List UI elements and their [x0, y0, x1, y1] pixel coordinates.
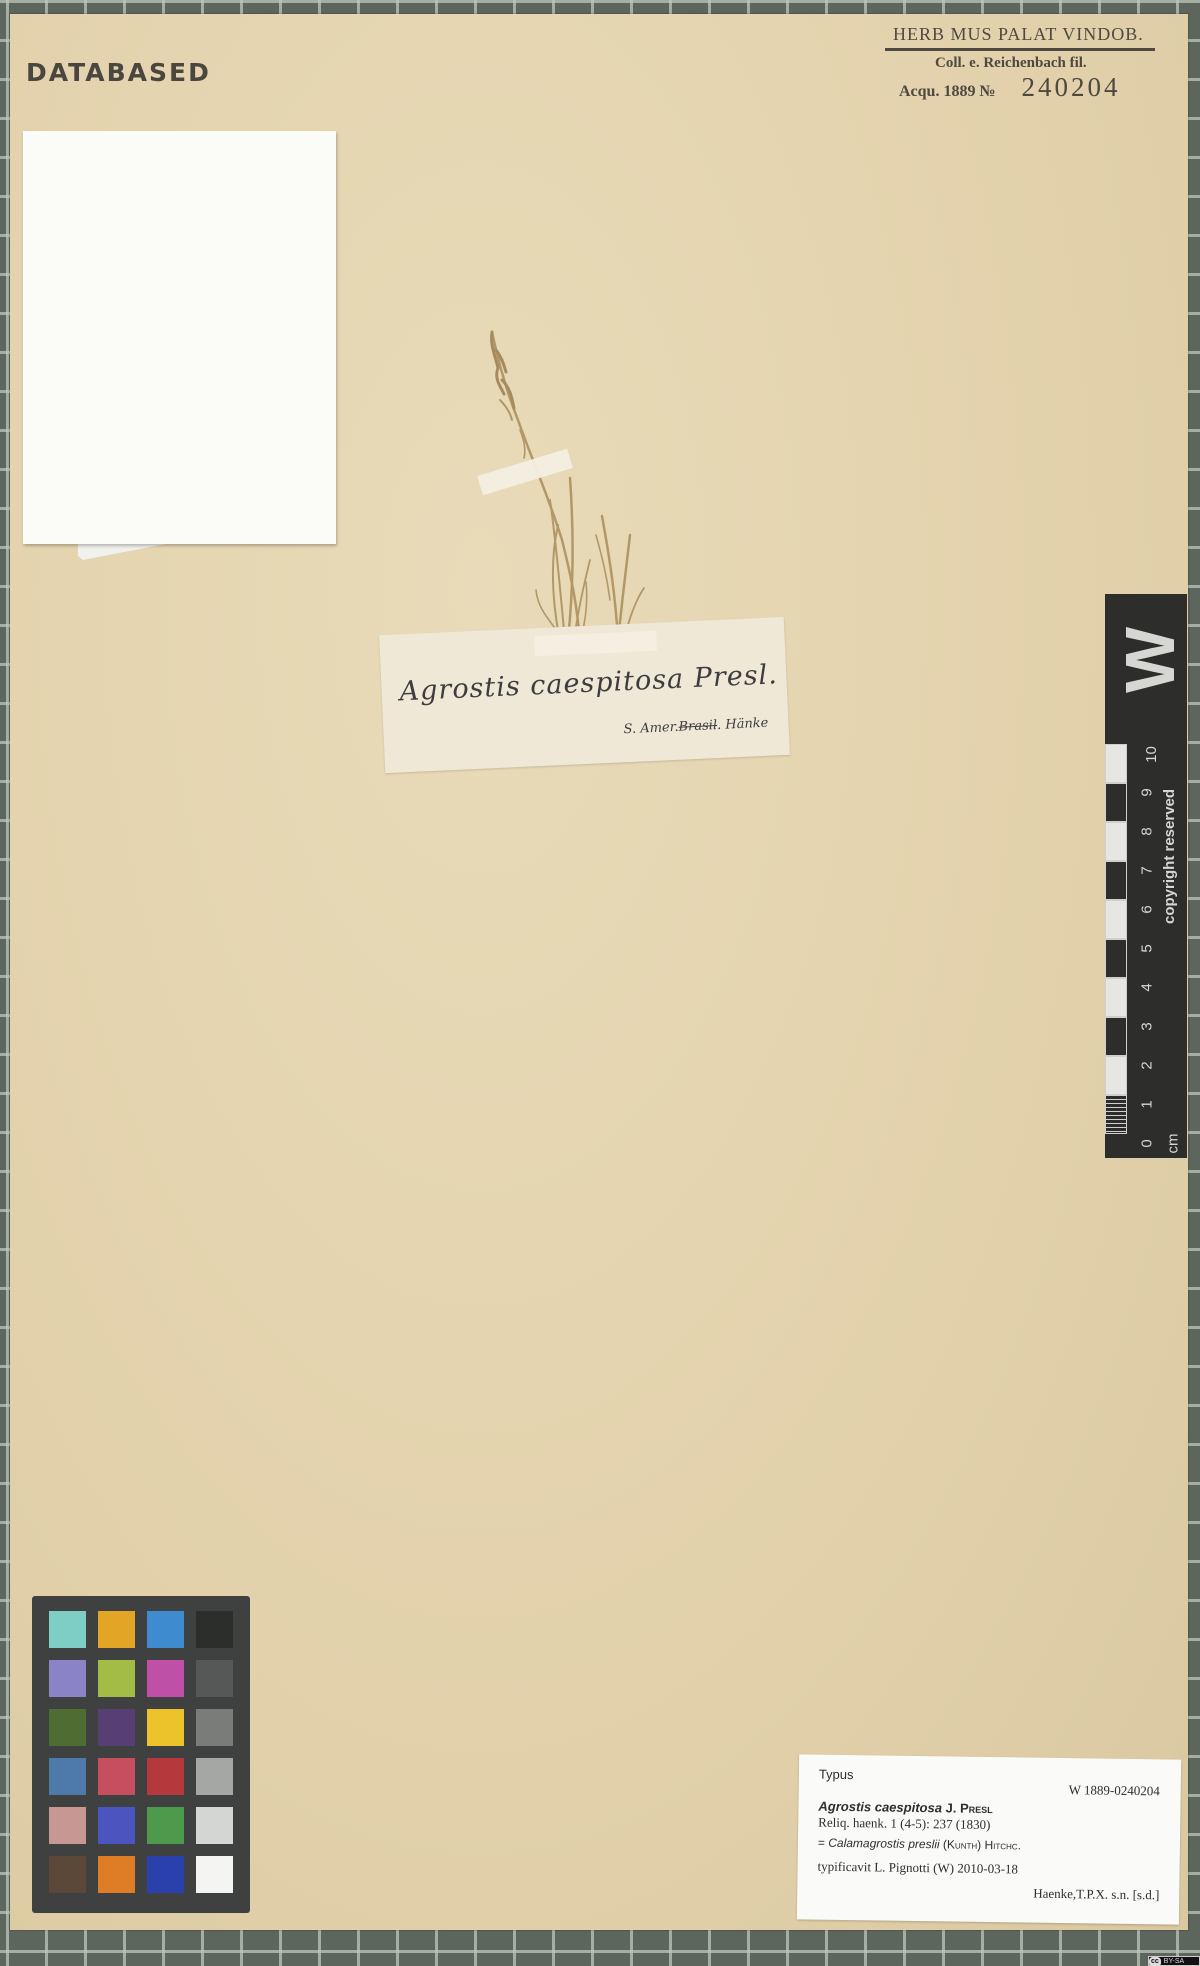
- handwritten-locality: S. Amer.Brasil. Hänke: [623, 716, 768, 738]
- color-swatch: [196, 1856, 233, 1893]
- license-badge[interactable]: ccBY-SA: [1148, 1956, 1200, 1966]
- herbarium-stamp: HERB MUS PALAT VINDOB. Coll. e. Reichenb…: [885, 24, 1165, 103]
- ruler-unit: cm: [1165, 1134, 1182, 1154]
- ruler-tick: 0: [1139, 1139, 1156, 1147]
- color-swatch: [196, 1758, 233, 1795]
- color-swatch: [98, 1611, 135, 1648]
- synonym: = Calamagrostis preslii (Kunth) Hitchc.: [818, 1836, 1021, 1853]
- color-swatch: [98, 1758, 135, 1795]
- color-swatch: [98, 1660, 135, 1697]
- ruler-segment: [1105, 1056, 1127, 1095]
- ruler-tick: 4: [1139, 983, 1156, 991]
- ruler-tick: 7: [1139, 866, 1156, 874]
- color-swatch: [196, 1611, 233, 1648]
- ruler-tick: 9: [1139, 788, 1156, 796]
- ruler-segment: [1105, 978, 1127, 1017]
- license-text: BY-SA: [1164, 1958, 1184, 1965]
- ruler-segment: [1105, 939, 1127, 978]
- color-swatch: [196, 1709, 233, 1746]
- herbarium-stamp-title: HERB MUS PALAT VINDOB.: [885, 24, 1165, 45]
- color-swatch: [147, 1611, 184, 1648]
- color-swatch: [147, 1758, 184, 1795]
- color-swatch: [98, 1807, 135, 1844]
- institution-logo: W: [1110, 625, 1190, 695]
- color-swatch: [49, 1758, 86, 1795]
- ruler-segment: [1105, 861, 1127, 900]
- acquisition-label: Acqu. 1889 №: [899, 83, 996, 100]
- color-swatch: [147, 1709, 184, 1746]
- grass-specimen: [440, 320, 680, 650]
- color-swatch: [147, 1807, 184, 1844]
- herbarium-stamp-collection: Coll. e. Reichenbach fil.: [885, 55, 1165, 72]
- color-swatch: [196, 1807, 233, 1844]
- handwritten-collector: . Hänke: [717, 716, 769, 733]
- color-swatch: [147, 1856, 184, 1893]
- ruler-tick: 1: [1139, 1100, 1156, 1108]
- color-swatch: [49, 1856, 86, 1893]
- ruler-segment: [1105, 900, 1127, 939]
- color-swatch: [49, 1611, 86, 1648]
- synonym-name: Calamagrostis preslii: [828, 1836, 940, 1852]
- acquisition-number: 240204: [1022, 72, 1121, 102]
- type-specimen-label: Typus W 1889-0240204 Agrostis caespitosa…: [797, 1754, 1181, 1924]
- scale-ruler: W 10 9 8 7 6 5 4 3 2 1 0 cm copyright re…: [1105, 594, 1187, 1158]
- original-handwritten-label: Agrostis caespitosa Presl. S. Amer.Brasi…: [379, 617, 790, 773]
- color-swatch: [49, 1807, 86, 1844]
- locality-prefix: S. Amer.: [623, 720, 679, 737]
- ruler-segment: [1105, 783, 1127, 822]
- ruler-tick: 8: [1139, 827, 1156, 835]
- color-swatch: [49, 1660, 86, 1697]
- taxon-author: J. Presl: [946, 1800, 993, 1816]
- taxon-reference: Reliq. haenk. 1 (4-5): 237 (1830): [818, 1815, 990, 1833]
- color-swatch: [98, 1856, 135, 1893]
- herbarium-stamp-acquisition: Acqu. 1889 №240204: [885, 72, 1165, 103]
- ruler-segment-mm: [1105, 1095, 1127, 1134]
- fragment-packet: [23, 131, 336, 544]
- type-taxon: Agrostis caespitosa J. Presl: [818, 1799, 993, 1816]
- ruler-scale: [1105, 744, 1131, 1154]
- ruler-tick: 2: [1139, 1061, 1156, 1069]
- ruler-tick: 10: [1143, 746, 1160, 763]
- synonym-prefix: =: [818, 1836, 829, 1850]
- color-swatch: [49, 1709, 86, 1746]
- handwritten-taxon-name: Agrostis caespitosa Presl.: [399, 659, 778, 707]
- taxon-name: Agrostis caespitosa: [818, 1799, 942, 1816]
- color-swatch: [147, 1660, 184, 1697]
- color-swatch: [98, 1709, 135, 1746]
- locality-struck: Brasil: [678, 718, 717, 735]
- ruler-tick: 6: [1139, 905, 1156, 913]
- ruler-segment: [1105, 744, 1127, 783]
- ruler-tick: 3: [1139, 1022, 1156, 1030]
- type-status: Typus: [819, 1767, 854, 1782]
- color-swatch: [196, 1660, 233, 1697]
- herbarium-stamp-rule: [885, 48, 1155, 51]
- ruler-tick: 5: [1139, 944, 1156, 952]
- specimen-barcode-id: W 1889-0240204: [1069, 1782, 1160, 1799]
- mounting-tape-label: [534, 631, 657, 657]
- ruler-segment: [1105, 822, 1127, 861]
- databased-stamp: DATABASED: [26, 58, 211, 87]
- ruler-copyright: copyright reserved: [1161, 789, 1178, 924]
- ruler-segment: [1105, 1017, 1127, 1056]
- cc-icon: cc: [1149, 1957, 1161, 1966]
- typification: typificavit L. Pignotti (W) 2010-03-18: [817, 1859, 1018, 1878]
- color-calibration-chart: [32, 1596, 250, 1913]
- synonym-author: (Kunth) Hitchc.: [943, 1837, 1021, 1852]
- collector-info: Haenke,T.P.X. s.n. [s.d.]: [1033, 1886, 1159, 1904]
